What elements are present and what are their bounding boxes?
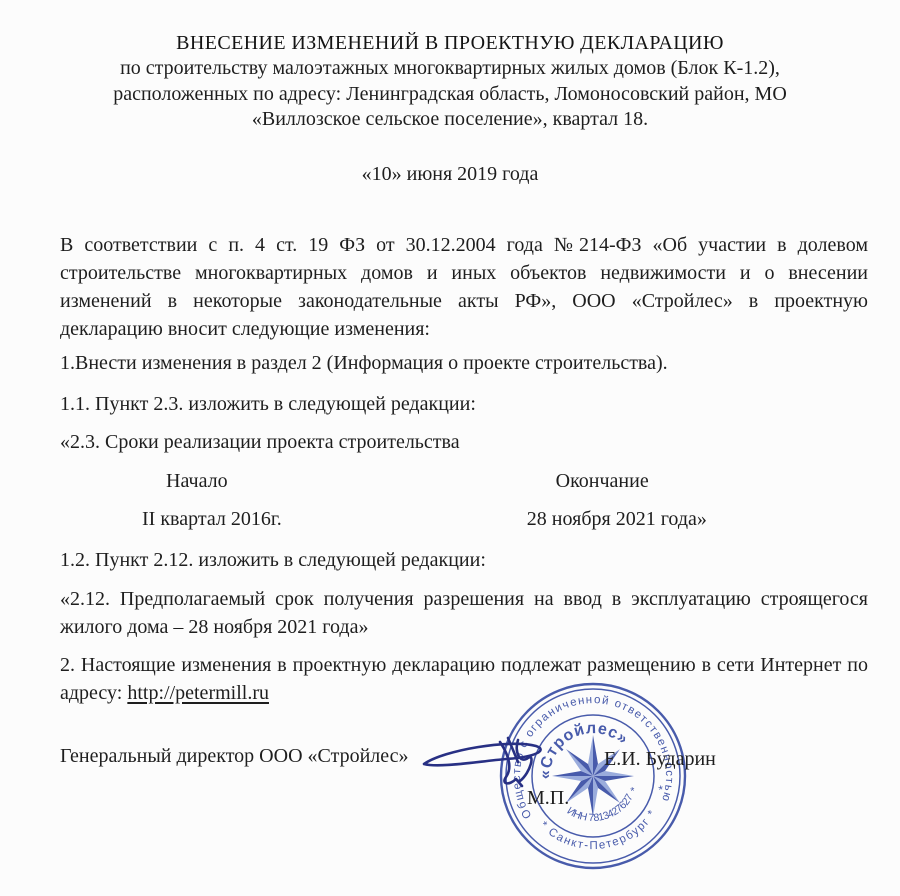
clause-2-3: «2.3. Сроки реализации проекта строитель… — [60, 428, 868, 456]
document-header: ВНЕСЕНИЕ ИЗМЕНЕНИЙ В ПРОЕКТНУЮ ДЕКЛАРАЦИ… — [0, 0, 900, 187]
document-subtitle-line2: расположенных по адресу: Ленинградская о… — [0, 82, 900, 108]
point-1-1: 1.1. Пункт 2.3. изложить в следующей ред… — [60, 390, 868, 418]
point-1: 1.Внести изменения в раздел 2 (Информаци… — [60, 349, 868, 377]
clause-2-12: «2.12. Предполагаемый срок получения раз… — [60, 585, 868, 641]
document-date: «10» июня 2019 года — [0, 161, 900, 187]
schedule-start-label: Начало — [166, 470, 228, 492]
schedule-values-row: II квартал 2016г.28 ноября 2021 года» — [60, 505, 868, 533]
seal-placeholder-mp: М.П. — [527, 787, 569, 810]
point-2: 2. Настоящие изменения в проектную декла… — [60, 651, 868, 707]
stamp-star-separator-right-inner: * — [630, 785, 637, 798]
point-1-2: 1.2. Пункт 2.12. изложить в следующей ре… — [60, 546, 868, 574]
schedule-start-value: II квартал 2016г. — [142, 508, 282, 530]
schedule-end-value: 28 ноября 2021 года» — [527, 508, 707, 530]
signatory-title: Генеральный директор ООО «Стройлес» — [60, 745, 409, 768]
document-body: В соответствии с п. 4 ст. 19 ФЗ от 30.12… — [60, 231, 868, 707]
signature-descender — [500, 742, 522, 786]
signature-flourish — [424, 744, 541, 766]
handwritten-signature-icon — [418, 722, 558, 797]
document-page: ВНЕСЕНИЕ ИЗМЕНЕНИЙ В ПРОЕКТНУЮ ДЕКЛАРАЦИ… — [0, 0, 900, 896]
schedule-end-label: Окончание — [556, 470, 649, 492]
schedule-labels-row: НачалоОкончание — [60, 467, 868, 495]
petermill-link[interactable]: http://petermill.ru — [127, 682, 269, 704]
document-subtitle-line3: «Виллозское сельское поселение», квартал… — [0, 107, 900, 133]
document-subtitle-line1: по строительству малоэтажных многокварти… — [0, 56, 900, 82]
signatory-name: Е.И. Бударин — [604, 748, 716, 771]
intro-paragraph: В соответствии с п. 4 ст. 19 ФЗ от 30.12… — [60, 231, 868, 343]
document-title: ВНЕСЕНИЕ ИЗМЕНЕНИЙ В ПРОЕКТНУЮ ДЕКЛАРАЦИ… — [0, 30, 900, 56]
